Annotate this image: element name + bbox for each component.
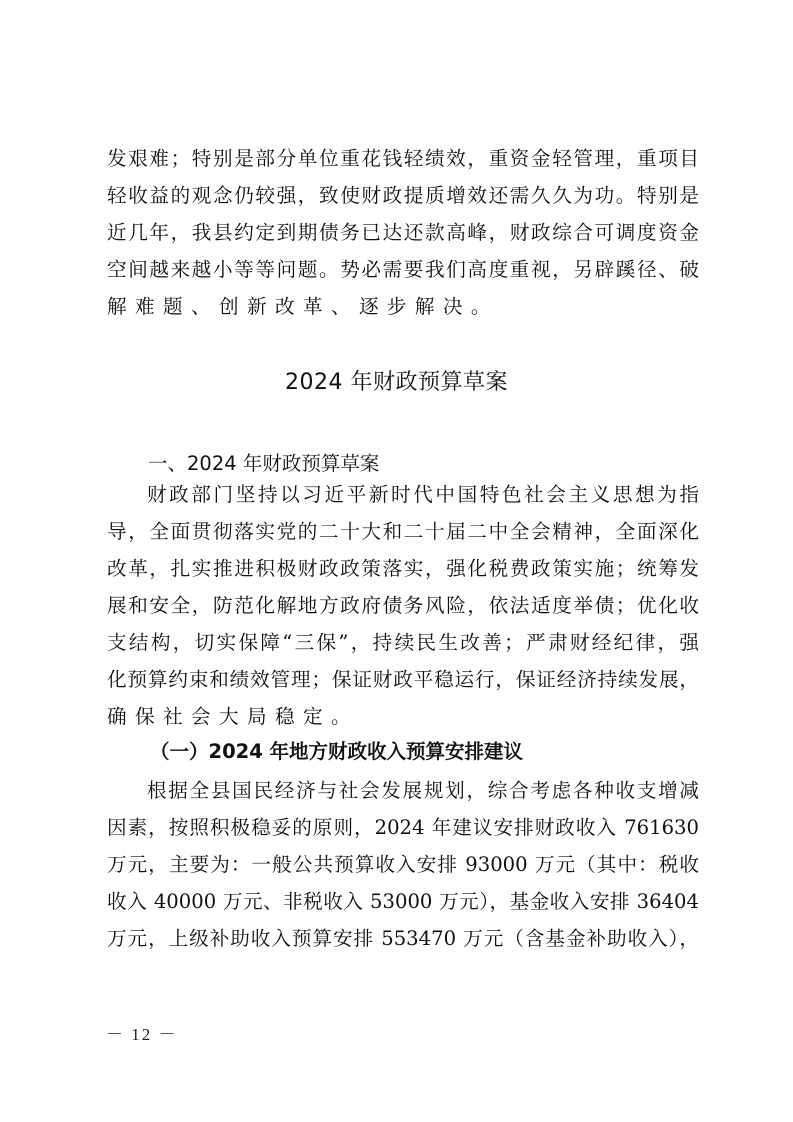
text-line: 展和安全，防范化解地方政府债务风险，依法适度举债；优化收 bbox=[107, 587, 699, 624]
text-line: 财政部门坚持以习近平新时代中国特色社会主义思想为指 bbox=[107, 476, 699, 513]
text-line: 万元，上级补助收入预算安排 553470 万元（含基金补助收入）， bbox=[107, 920, 699, 957]
text-line: 支结构，切实保障“三保”，持续民生改善；严肃财经纪律，强 bbox=[107, 624, 699, 661]
text-line: 解难题、创新改革、逐步解决。 bbox=[107, 288, 699, 325]
page-number: － 12 － bbox=[106, 1020, 178, 1045]
document-page: 发艰难；特别是部分单位重花钱轻绩效，重资金轻管理，重项目 轻收益的观念仍较强，致… bbox=[0, 0, 793, 1122]
text-line: 万元，主要为：一般公共预算收入安排 93000 万元（其中：税收 bbox=[107, 846, 699, 883]
section-paragraph: 财政部门坚持以习近平新时代中国特色社会主义思想为指 导，全面贯彻落实党的二十大和… bbox=[107, 476, 699, 735]
text-line: 近几年，我县约定到期债务已达还款高峰，财政综合可调度资金 bbox=[107, 214, 699, 251]
text-line: 空间越来越小等等问题。势必需要我们高度重视，另辟蹊径、破 bbox=[107, 251, 699, 288]
document-title: 2024 年财政预算草案 bbox=[0, 366, 793, 400]
text-line: 根据全县国民经济与社会发展规划，综合考虑各种收支增减 bbox=[107, 772, 699, 809]
subsection-heading: （一）2024 年地方财政收入预算安排建议 bbox=[150, 736, 523, 768]
text-line: 确保社会大局稳定。 bbox=[107, 698, 699, 735]
text-line: 因素，按照积极稳妥的原则，2024 年建议安排财政收入 761630 bbox=[107, 809, 699, 846]
text-line: 化预算约束和绩效管理；保证财政平稳运行，保证经济持续发展， bbox=[107, 661, 699, 698]
intro-paragraph: 发艰难；特别是部分单位重花钱轻绩效，重资金轻管理，重项目 轻收益的观念仍较强，致… bbox=[107, 140, 699, 325]
subsection-paragraph: 根据全县国民经济与社会发展规划，综合考虑各种收支增减 因素，按照积极稳妥的原则，… bbox=[107, 772, 699, 957]
text-line: 改革，扎实推进积极财政政策落实，强化税费政策实施；统筹发 bbox=[107, 550, 699, 587]
text-line: 收入 40000 万元、非税收入 53000 万元），基金收入安排 36404 bbox=[107, 883, 699, 920]
text-line: 轻收益的观念仍较强，致使财政提质增效还需久久为功。特别是 bbox=[107, 177, 699, 214]
text-line: 导，全面贯彻落实党的二十大和二十届二中全会精神，全面深化 bbox=[107, 513, 699, 550]
text-line: 发艰难；特别是部分单位重花钱轻绩效，重资金轻管理，重项目 bbox=[107, 140, 699, 177]
